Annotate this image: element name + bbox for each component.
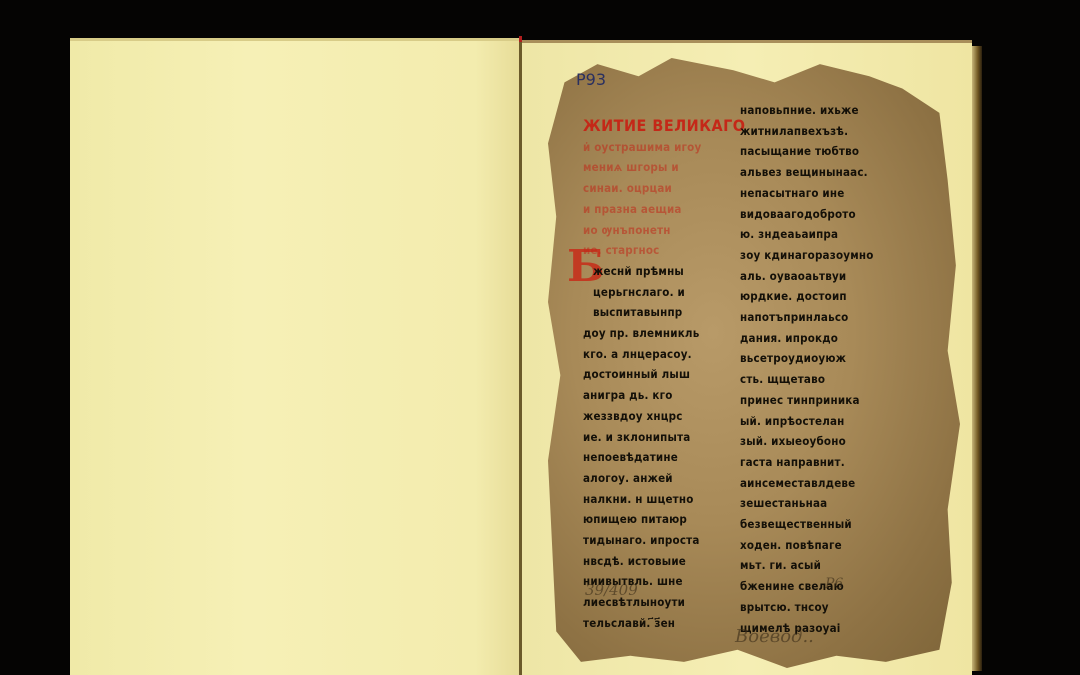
title-rubric: ЖИТИЕ ВЕЛИКАГО: [583, 116, 743, 137]
rubric-line: ио ѹнъпонетн: [583, 220, 743, 241]
folio-number: P93: [576, 70, 606, 89]
text-line: жеззвдоу хнцрс: [583, 406, 743, 427]
shelfmark-note: 39/409: [585, 581, 638, 599]
text-line: налкни. н шцетно: [583, 489, 743, 510]
text-line: тидынаго. ипроста: [583, 530, 743, 551]
text-line: наповьпние. ихьже: [740, 100, 890, 121]
rubric-line: мениѧ шгоры и: [583, 157, 743, 178]
text-line: алогоу. анжей: [583, 468, 743, 489]
rubric-line: ие. старгнос: [583, 240, 743, 261]
text-line: анигра дь. кго: [583, 385, 743, 406]
text-line: бженине свелаю: [740, 576, 890, 597]
text-line: зый. ихыеоубоно: [740, 431, 890, 452]
text-line: дания. ипрокдо: [740, 328, 890, 349]
text-line: житнилапвехъзѣ.: [740, 121, 890, 142]
text-line: мьт. ги. асый: [740, 555, 890, 576]
text-line: зешестаньнаа: [740, 493, 890, 514]
text-line: врытсю. тнсоу: [740, 597, 890, 618]
text-line: ый. ипрѣостелан: [740, 411, 890, 432]
text-line: выспитавынпр: [583, 302, 743, 323]
text-line: ие. и зклонипыта: [583, 427, 743, 448]
text-line: достоинный лыш: [583, 364, 743, 385]
text-line: юрдкие. достоип: [740, 286, 890, 307]
text-line: аль. оуваоаьтвуи: [740, 266, 890, 287]
text-line: кго. а лнцерасоу.: [583, 344, 743, 365]
signature-note: Воевод..: [735, 626, 814, 647]
text-line: видоваагодоброто: [740, 204, 890, 225]
text-line: безвещественный: [740, 514, 890, 535]
rubric-line: и празна аещиа: [583, 199, 743, 220]
text-line: юпищею питаюр: [583, 509, 743, 530]
text-line: альвез вещинынаас.: [740, 162, 890, 183]
text-line: непоевѣдатине: [583, 447, 743, 468]
text-line: ходен. повѣпаге: [740, 535, 890, 556]
text-line: ю. зндеаьаипра: [740, 224, 890, 245]
text-line: тельславй. ҃з҃ен: [583, 613, 743, 634]
text-line: сть. щщетаво: [740, 369, 890, 390]
text-line: нвсдѣ. истовыие: [583, 551, 743, 572]
page-edges: [972, 46, 982, 671]
rubric-line: синаи. оцрцаи: [583, 178, 743, 199]
text-line: доу пр. влемникль: [583, 323, 743, 344]
text-line: вьсетроудиоуюж: [740, 348, 890, 369]
text-line: жеснй прѣмны: [583, 261, 743, 282]
rubric-line: и҆ оустрашима игоу: [583, 137, 743, 158]
text-line: церьгнслаго. и: [583, 282, 743, 303]
blank-left-page: [70, 38, 520, 675]
text-line: гаста направнит.: [740, 452, 890, 473]
pencil-mark: P6: [825, 576, 843, 592]
text-column-left: ЖИТИЕ ВЕЛИКАГО и҆ оустрашима игоу мениѧ …: [583, 116, 743, 634]
text-line: непасытнаго ине: [740, 183, 890, 204]
text-line: принес тинприника: [740, 390, 890, 411]
text-column-right: наповьпние. ихьже житнилапвехъзѣ. пасыща…: [740, 100, 890, 638]
text-line: зоу кдинагоразоумно: [740, 245, 890, 266]
text-line: напотъпринлаьсо: [740, 307, 890, 328]
text-line: аинсеместавлдеве: [740, 473, 890, 494]
text-line: пасыщание тюбтво: [740, 141, 890, 162]
